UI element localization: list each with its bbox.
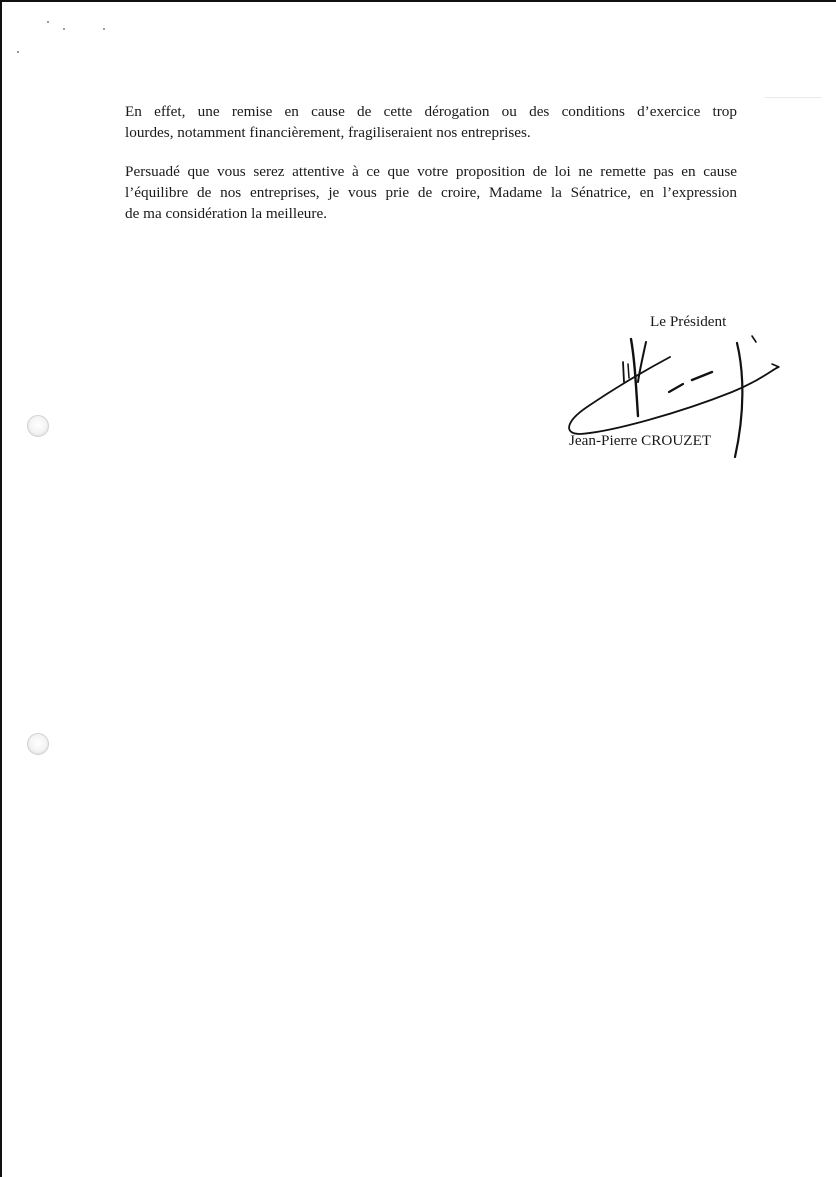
text-line: l’équilibre de nos entreprises, je vous … (125, 182, 737, 203)
scan-artifact (17, 51, 19, 53)
scan-artifact-line (764, 97, 822, 98)
paragraph-derogation: En effet, une remise en cause de cette d… (125, 101, 737, 143)
text-line: Persuadé que vous serez attentive à ce q… (125, 161, 737, 182)
paragraph-closing-formula: Persuadé que vous serez attentive à ce q… (125, 161, 737, 224)
scan-artifact (103, 28, 105, 30)
scanned-letter-page: En effet, une remise en cause de cette d… (0, 0, 836, 1177)
punch-hole (27, 733, 49, 755)
scan-artifact (47, 21, 49, 23)
signatory-name: Jean-Pierre CROUZET (569, 432, 711, 450)
text-line: En effet, une remise en cause de cette d… (125, 101, 737, 122)
text-line: de ma considération la meilleure. (125, 203, 737, 224)
text-line: lourdes, notamment financièrement, fragi… (125, 122, 737, 143)
punch-hole (27, 415, 49, 437)
scan-artifact (63, 28, 65, 30)
signatory-title: Le Président (650, 313, 726, 331)
